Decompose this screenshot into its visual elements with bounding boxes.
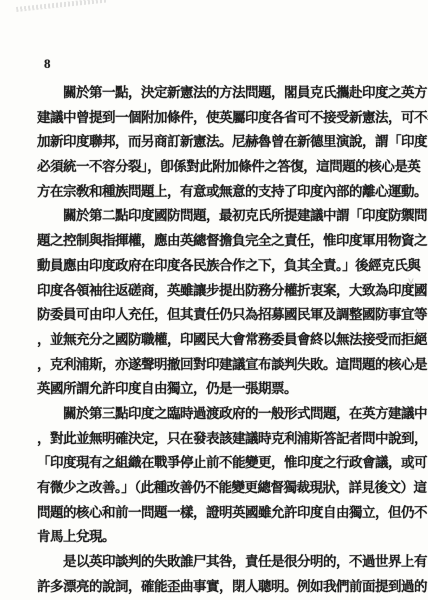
- scanned-book-page: 8 關於第一點，決定新憲法的方法問題，閣員克氏攜赴印度之英方 建議中曾提到一個附…: [0, 0, 428, 600]
- text-line: 英國所謂允許印度自由獨立，仍是一張期票。: [37, 377, 418, 402]
- text-line: 關於第三點印度之臨時過渡政府的一般形式問題，在英方建議中: [37, 402, 418, 427]
- text-line: 題之控制與指揮權，應由英總督擔負完全之責任，惟印度軍用物資之: [37, 229, 418, 254]
- text-line: 肯馬上兌現。: [37, 525, 418, 550]
- page-number: 8: [44, 56, 51, 72]
- text-line: ，克利浦斯，亦遂聲明撤回對印建議宣布談判失敗。這問題的核心是: [37, 353, 418, 378]
- text-line: ，並無充分之國防職權，印國民大會常務委員會終以無法接受而拒絕: [37, 328, 418, 353]
- text-line: 關於第一點，決定新憲法的方法問題，閣員克氏攜赴印度之英方: [37, 81, 418, 106]
- body-text: 關於第一點，決定新憲法的方法問題，閣員克氏攜赴印度之英方 建議中曾提到一個附加條…: [37, 81, 418, 599]
- text-line: 關於第二點印度國防問題，最初克氏所提建議中謂「印度防禦問: [37, 204, 418, 229]
- text-line: 方在宗敎和種族問題上，有意或無意的支持了印度內部的離心運動。: [37, 180, 418, 205]
- text-line: 「印度現有之組織在戰爭停止前不能變更，惟印度之行政會議，或可: [37, 451, 418, 476]
- text-line: 有微少之改善。」（此種改善仍不能變更總督獨裁現狀，詳見後文）這: [37, 476, 418, 501]
- text-line: 是以英印談判的失敗誰尸其咎，責任是很分明的，不過世界上有: [37, 550, 418, 575]
- pencil-margin-mark: y: [408, 276, 414, 287]
- text-line: 必須統一不容分裂」，卽係對此附加條件之答復，這問題的核心是英: [37, 155, 418, 180]
- corner-watermark: [16, 0, 108, 12]
- text-line: 問題的核心和前一問題一樣，證明英國雖允許印度自由獨立，但仍不: [37, 501, 418, 526]
- pencil-margin-mark: ': [415, 328, 418, 339]
- pencil-margin-mark: 1: [409, 462, 415, 473]
- text-line: 加新印度聯邦，而另商訂新憲法。尼赫魯曾在新德里演說，謂「印度: [37, 130, 418, 155]
- text-line: 許多漂亮的說詞，確能歪曲事實，閉人聰明。例如我們前面提到過的: [37, 575, 418, 600]
- text-line: 印度各領袖往返磋商，英雖讓步提出防務分權折衷案，大致為印度國: [37, 279, 418, 304]
- text-line: 動員應由印度政府在印度各民族合作之下，負其全責。」後經克氏與: [37, 254, 418, 279]
- text-line: 建議中曾提到一個附加條件，使英屬印度各省可不接受新憲法，可不參: [37, 106, 418, 131]
- text-line: 防委員可由印人充任，但其責任仍只為招募國民軍及調整國防事宜等: [37, 303, 418, 328]
- text-line: ，對此並無明確決定，只在發表該建議時克利浦斯答記者問中說到，: [37, 427, 418, 452]
